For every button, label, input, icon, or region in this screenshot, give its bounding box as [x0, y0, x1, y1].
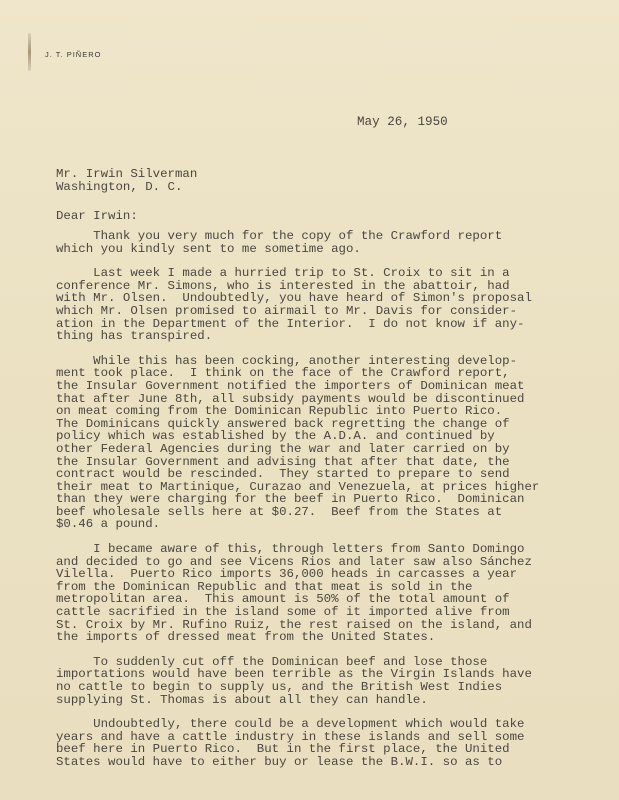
letter-date: May 26, 1950 [357, 116, 448, 129]
text-line: thing has transpired. [56, 330, 576, 343]
text-line: which Mr. Olsen promised to airmail to M… [56, 305, 576, 318]
text-line: than they were charging for the beef in … [56, 493, 576, 506]
letterhead: J. T. PIÑERO [45, 49, 101, 62]
paragraph: While this has been cocking, another int… [56, 355, 576, 531]
paragraph: Thank you very much for the copy of the … [56, 230, 576, 255]
text-line: supplying St. Thomas is about all they c… [56, 694, 576, 707]
text-line: which you kindly sent to me sometime ago… [56, 243, 576, 256]
text-line: the Insular Government notified the impo… [56, 380, 576, 393]
letter-body: Thank you very much for the copy of the … [56, 230, 576, 781]
recipient-address: Mr. Irwin Silverman Washington, D. C. [56, 168, 197, 193]
text-line: Thank you very much for the copy of the … [56, 230, 576, 243]
text-line: Vilella. Puerto Rico imports 36,000 head… [56, 568, 576, 581]
text-line: Undoubtedly, there could be a developmen… [56, 718, 576, 731]
paragraph: To suddenly cut off the Dominican beef a… [56, 656, 576, 706]
paragraph: Last week I made a hurried trip to St. C… [56, 267, 576, 343]
text-line: I became aware of this, through letters … [56, 543, 576, 556]
staple-mark [28, 33, 31, 71]
text-line: contract would be rescinded. They starte… [56, 468, 576, 481]
salutation: Dear Irwin: [56, 210, 138, 223]
text-line: Last week I made a hurried trip to St. C… [56, 267, 576, 280]
recipient-location: Washington, D. C. [56, 181, 197, 194]
text-line: on meat coming from the Dominican Republ… [56, 405, 576, 418]
paragraph: Undoubtedly, there could be a developmen… [56, 718, 576, 768]
text-line: cattle sacrified in the island some of i… [56, 606, 576, 619]
paragraph: I became aware of this, through letters … [56, 543, 576, 644]
text-line: the imports of dressed meat from the Uni… [56, 631, 576, 644]
text-line: States would have to either buy or lease… [56, 756, 576, 769]
letter-page: J. T. PIÑERO May 26, 1950 Mr. Irwin Silv… [0, 0, 619, 800]
text-line: other Federal Agencies during the war an… [56, 443, 576, 456]
text-line: $0.46 a pound. [56, 518, 576, 531]
recipient-name: Mr. Irwin Silverman [56, 168, 197, 181]
text-line: no cattle to begin to supply us, and the… [56, 681, 576, 694]
